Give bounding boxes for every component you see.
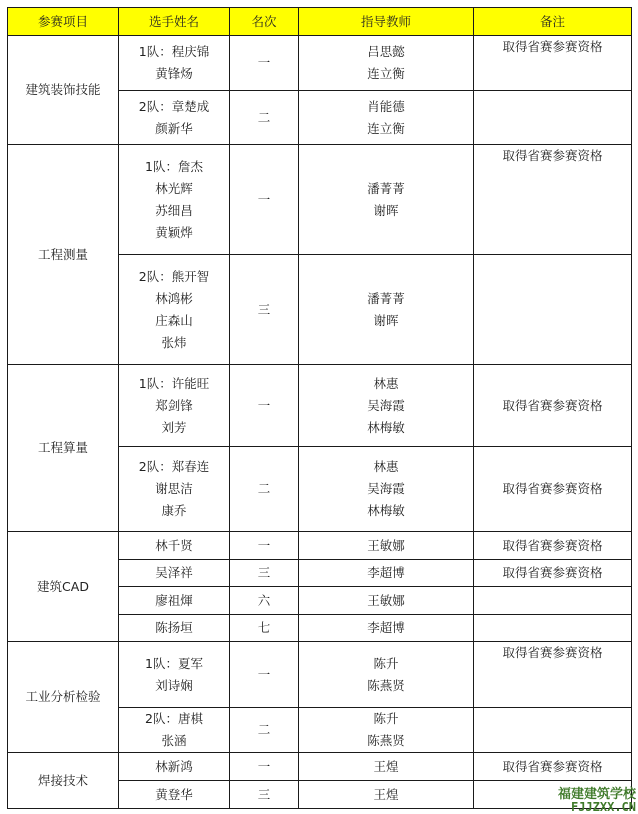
note-cell: 取得省赛参赛资格 xyxy=(474,642,632,708)
rank-cell: 一 xyxy=(230,753,299,781)
rank-cell: 三 xyxy=(230,560,299,587)
players-cell-line: 颜新华 xyxy=(119,118,229,140)
players-cell-line: 郑剑锋 xyxy=(119,395,229,417)
note-cell: 取得省赛参赛资格 xyxy=(474,36,632,91)
teachers-cell: 李超博 xyxy=(299,560,474,587)
note-cell xyxy=(474,708,632,753)
players-cell: 2队：唐棋张涵 xyxy=(119,708,230,753)
teachers-cell-line: 谢晖 xyxy=(299,310,473,332)
note-cell: 取得省赛参赛资格 xyxy=(474,560,632,587)
teachers-cell-line: 吴海霞 xyxy=(299,395,473,417)
players-cell: 黄登华 xyxy=(119,781,230,809)
teachers-cell: 吕思懿连立衡 xyxy=(299,36,474,91)
players-cell-line: 2队：郑春连 xyxy=(119,456,229,478)
teachers-cell-line: 林梅敏 xyxy=(299,417,473,439)
teachers-cell: 陈升陈燕贤 xyxy=(299,708,474,753)
teachers-cell: 王煌 xyxy=(299,781,474,809)
teachers-cell: 肖能德连立衡 xyxy=(299,91,474,145)
players-cell: 2队：郑春连谢思洁康乔 xyxy=(119,447,230,532)
header-rank: 名次 xyxy=(230,8,299,36)
players-cell-line: 谢思洁 xyxy=(119,478,229,500)
teachers-cell: 李超博 xyxy=(299,615,474,642)
teachers-cell-line: 王敏娜 xyxy=(299,590,473,612)
rank-cell: 一 xyxy=(230,532,299,560)
players-cell-line: 林鸿彬 xyxy=(119,288,229,310)
note-cell: 取得省赛参赛资格 xyxy=(474,145,632,255)
note-cell xyxy=(474,255,632,365)
teachers-cell: 陈升陈燕贤 xyxy=(299,642,474,708)
watermark: 福建建筑学校 FJJZXX.CN xyxy=(558,788,636,814)
players-cell-line: 黄颖烨 xyxy=(119,222,229,244)
note-cell: 取得省赛参赛资格 xyxy=(474,447,632,532)
event-cell: 工程算量 xyxy=(8,365,119,532)
players-cell: 1队：程庆锦黄锋炀 xyxy=(119,36,230,91)
players-cell-line: 2队：唐棋 xyxy=(119,708,229,730)
rank-cell: 三 xyxy=(230,255,299,365)
players-cell-line: 吴泽祥 xyxy=(119,562,229,584)
table-body: 建筑装饰技能1队：程庆锦黄锋炀一吕思懿连立衡取得省赛参赛资格2队：章楚成颜新华二… xyxy=(8,36,632,809)
table-row: 工程算量1队：许能旺郑剑锋刘芳一林惠吴海霞林梅敏取得省赛参赛资格 xyxy=(8,365,632,447)
note-cell: 取得省赛参赛资格 xyxy=(474,753,632,781)
players-cell-line: 林新鸿 xyxy=(119,756,229,778)
teachers-cell-line: 林惠 xyxy=(299,373,473,395)
players-cell-line: 黄登华 xyxy=(119,784,229,806)
event-cell: 建筑装饰技能 xyxy=(8,36,119,145)
teachers-cell-line: 李超博 xyxy=(299,617,473,639)
players-cell: 2队：章楚成颜新华 xyxy=(119,91,230,145)
rank-cell: 二 xyxy=(230,91,299,145)
teachers-cell-line: 陈升 xyxy=(299,653,473,675)
players-cell-line: 1队：夏军 xyxy=(119,653,229,675)
players-cell: 廖祖煇 xyxy=(119,587,230,615)
header-teachers: 指导教师 xyxy=(299,8,474,36)
players-cell-line: 黄锋炀 xyxy=(119,63,229,85)
teachers-cell-line: 肖能德 xyxy=(299,96,473,118)
note-cell xyxy=(474,615,632,642)
rank-cell: 三 xyxy=(230,781,299,809)
players-cell-line: 林千贤 xyxy=(119,535,229,557)
header-event: 参赛项目 xyxy=(8,8,119,36)
teachers-cell-line: 吕思懿 xyxy=(299,41,473,63)
rank-cell: 一 xyxy=(230,365,299,447)
teachers-cell-line: 谢晖 xyxy=(299,200,473,222)
teachers-cell-line: 吴海霞 xyxy=(299,478,473,500)
event-cell: 建筑CAD xyxy=(8,532,119,642)
players-cell: 林千贤 xyxy=(119,532,230,560)
header-players: 选手姓名 xyxy=(119,8,230,36)
players-cell-line: 庄森山 xyxy=(119,310,229,332)
players-cell-line: 1队：许能旺 xyxy=(119,373,229,395)
teachers-cell-line: 陈燕贤 xyxy=(299,675,473,697)
players-cell-line: 林光辉 xyxy=(119,178,229,200)
players-cell-line: 1队：詹杰 xyxy=(119,156,229,178)
event-cell: 焊接技术 xyxy=(8,753,119,809)
event-cell: 工程测量 xyxy=(8,145,119,365)
rank-cell: 二 xyxy=(230,447,299,532)
teachers-cell-line: 王敏娜 xyxy=(299,535,473,557)
note-cell: 取得省赛参赛资格 xyxy=(474,532,632,560)
watermark-en: FJJZXX.CN xyxy=(558,801,636,814)
players-cell-line: 苏细昌 xyxy=(119,200,229,222)
teachers-cell-line: 林梅敏 xyxy=(299,500,473,522)
table-row: 建筑装饰技能1队：程庆锦黄锋炀一吕思懿连立衡取得省赛参赛资格 xyxy=(8,36,632,91)
event-cell: 工业分析检验 xyxy=(8,642,119,753)
players-cell: 陈扬垣 xyxy=(119,615,230,642)
players-cell-line: 1队：程庆锦 xyxy=(119,41,229,63)
players-cell-line: 2队：章楚成 xyxy=(119,96,229,118)
players-cell: 1队：许能旺郑剑锋刘芳 xyxy=(119,365,230,447)
teachers-cell: 林惠吴海霞林梅敏 xyxy=(299,365,474,447)
note-cell: 取得省赛参赛资格 xyxy=(474,365,632,447)
note-cell xyxy=(474,587,632,615)
teachers-cell-line: 潘菁菁 xyxy=(299,288,473,310)
teachers-cell: 潘菁菁谢晖 xyxy=(299,145,474,255)
teachers-cell-line: 王煌 xyxy=(299,784,473,806)
table-row: 工业分析检验1队：夏军刘诗娴一陈升陈燕贤取得省赛参赛资格 xyxy=(8,642,632,708)
players-cell-line: 张涵 xyxy=(119,730,229,752)
rank-cell: 七 xyxy=(230,615,299,642)
teachers-cell: 王敏娜 xyxy=(299,587,474,615)
teachers-cell: 潘菁菁谢晖 xyxy=(299,255,474,365)
table-row: 工程测量1队：詹杰林光辉苏细昌黄颖烨一潘菁菁谢晖取得省赛参赛资格 xyxy=(8,145,632,255)
players-cell: 2队：熊开智林鸿彬庄森山张炜 xyxy=(119,255,230,365)
players-cell-line: 刘芳 xyxy=(119,417,229,439)
players-cell: 林新鸿 xyxy=(119,753,230,781)
rank-cell: 六 xyxy=(230,587,299,615)
teachers-cell: 王煌 xyxy=(299,753,474,781)
note-cell xyxy=(474,91,632,145)
teachers-cell-line: 陈升 xyxy=(299,708,473,730)
teachers-cell-line: 王煌 xyxy=(299,756,473,778)
header-row: 参赛项目 选手姓名 名次 指导教师 备注 xyxy=(8,8,632,36)
rank-cell: 一 xyxy=(230,36,299,91)
players-cell-line: 康乔 xyxy=(119,500,229,522)
rank-cell: 一 xyxy=(230,642,299,708)
players-cell-line: 2队：熊开智 xyxy=(119,266,229,288)
players-cell: 1队：夏军刘诗娴 xyxy=(119,642,230,708)
teachers-cell-line: 林惠 xyxy=(299,456,473,478)
teachers-cell-line: 连立衡 xyxy=(299,118,473,140)
header-note: 备注 xyxy=(474,8,632,36)
teachers-cell: 王敏娜 xyxy=(299,532,474,560)
table-row: 建筑CAD林千贤一王敏娜取得省赛参赛资格 xyxy=(8,532,632,560)
players-cell: 吴泽祥 xyxy=(119,560,230,587)
players-cell-line: 刘诗娴 xyxy=(119,675,229,697)
table-row: 焊接技术林新鸿一王煌取得省赛参赛资格 xyxy=(8,753,632,781)
teachers-cell-line: 李超博 xyxy=(299,562,473,584)
players-cell-line: 廖祖煇 xyxy=(119,590,229,612)
players-cell-line: 陈扬垣 xyxy=(119,617,229,639)
players-cell-line: 张炜 xyxy=(119,332,229,354)
teachers-cell-line: 连立衡 xyxy=(299,63,473,85)
players-cell: 1队：詹杰林光辉苏细昌黄颖烨 xyxy=(119,145,230,255)
results-table: 参赛项目 选手姓名 名次 指导教师 备注 建筑装饰技能1队：程庆锦黄锋炀一吕思懿… xyxy=(7,7,632,809)
teachers-cell: 林惠吴海霞林梅敏 xyxy=(299,447,474,532)
teachers-cell-line: 陈燕贤 xyxy=(299,730,473,752)
rank-cell: 一 xyxy=(230,145,299,255)
rank-cell: 二 xyxy=(230,708,299,753)
teachers-cell-line: 潘菁菁 xyxy=(299,178,473,200)
